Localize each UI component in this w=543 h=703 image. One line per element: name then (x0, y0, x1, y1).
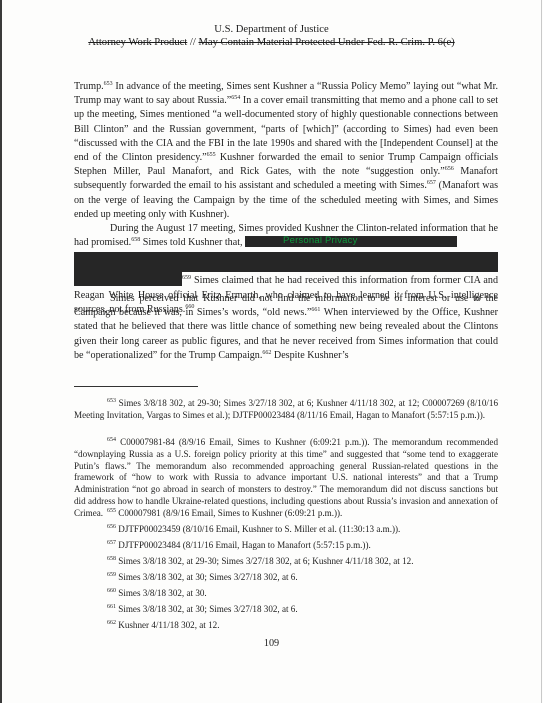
footnote-ref[interactable]: 656 (445, 166, 454, 172)
redaction-box (74, 252, 498, 272)
marking-grand-jury: May Contain Material Protected Under Fed… (198, 37, 454, 48)
paragraph-1: Trump.653 In advance of the meeting, Sim… (74, 80, 498, 222)
footnote-662: 662 Kushner 4/11/18 302, at 12. (74, 620, 498, 632)
redaction-box (74, 272, 182, 286)
marking-separator: // (187, 37, 198, 48)
page-header: U.S. Department of Justice Attorney Work… (0, 23, 543, 49)
footnote-text: C00007981 (8/9/16 Email, Simes to Kushne… (116, 508, 342, 518)
footnote-text: Simes 3/8/18 302, at 30; Simes 3/27/18 3… (116, 572, 298, 582)
footnote-ref[interactable]: 661 (311, 307, 320, 313)
footnote-number: 658 (107, 556, 116, 562)
text: Simes told Kushner that, (140, 237, 245, 248)
footnote-number: 653 (107, 398, 116, 404)
footnote-number: 659 (107, 572, 116, 578)
footnote-ref[interactable]: 658 (131, 237, 140, 243)
footnote-text: DJTFP00023484 (8/11/16 Email, Hagan to M… (116, 540, 371, 550)
footnote-ref[interactable]: 653 (104, 81, 113, 87)
paragraph-3: Simes perceived that Kushner did not fin… (74, 292, 498, 363)
footnote-659: 659 Simes 3/8/18 302, at 30; Simes 3/27/… (74, 572, 498, 584)
redaction-box: Personal Privacy (245, 236, 457, 247)
footnote-ref[interactable]: 655 (207, 152, 216, 158)
footnote-653: 653 Simes 3/8/18 302, at 29-30; Simes 3/… (74, 398, 498, 422)
footnote-656: 656 DJTFP00023459 (8/10/16 Email, Kushne… (74, 524, 498, 536)
footnote-657: 657 DJTFP00023484 (8/11/16 Email, Hagan … (74, 540, 498, 552)
footnote-660: 660 Simes 3/8/18 302, at 30. (74, 588, 498, 600)
text: Trump. (74, 81, 104, 92)
footnote-text: Simes 3/8/18 302, at 29-30; Simes 3/27/1… (116, 556, 413, 566)
protective-marking: Attorney Work Product // May Contain Mat… (0, 36, 543, 49)
footnote-ref[interactable]: 654 (231, 95, 240, 101)
footnote-number: 661 (107, 604, 116, 610)
footnote-text: Simes 3/8/18 302, at 30; Simes 3/27/18 3… (116, 604, 298, 614)
footnote-655: 655 C00007981 (8/9/16 Email, Simes to Ku… (74, 508, 498, 520)
footnote-number: 654 (107, 437, 116, 443)
footnote-number: 656 (107, 524, 116, 530)
footnote-divider (74, 386, 198, 387)
redaction-label: Personal Privacy (247, 234, 357, 248)
footnote-number: 655 (107, 508, 116, 514)
marking-work-product: Attorney Work Product (88, 37, 187, 48)
footnote-658: 658 Simes 3/8/18 302, at 29-30; Simes 3/… (74, 556, 498, 568)
footnote-text: C00007981-84 (8/9/16 Email, Simes to Kus… (74, 437, 498, 518)
footnote-ref[interactable]: 659 (182, 275, 191, 281)
agency-title: U.S. Department of Justice (0, 23, 543, 36)
footnote-text: Kushner 4/11/18 302, at 12. (116, 620, 219, 630)
footnote-text: Simes 3/8/18 302, at 29-30; Simes 3/27/1… (74, 398, 498, 420)
footnote-text: DJTFP00023459 (8/10/16 Email, Kushner to… (116, 524, 400, 534)
footnote-number: 662 (107, 620, 116, 626)
text: Despite Kushner’s (271, 350, 348, 361)
page-edge-left (0, 0, 2, 703)
footnote-ref[interactable]: 657 (427, 180, 436, 186)
page-number: 109 (0, 638, 543, 649)
footnote-number: 657 (107, 540, 116, 546)
footnote-number: 660 (107, 588, 116, 594)
footnote-661: 661 Simes 3/8/18 302, at 30; Simes 3/27/… (74, 604, 498, 616)
footnote-text: Simes 3/8/18 302, at 30. (116, 588, 207, 598)
page-edge-right (541, 0, 542, 703)
